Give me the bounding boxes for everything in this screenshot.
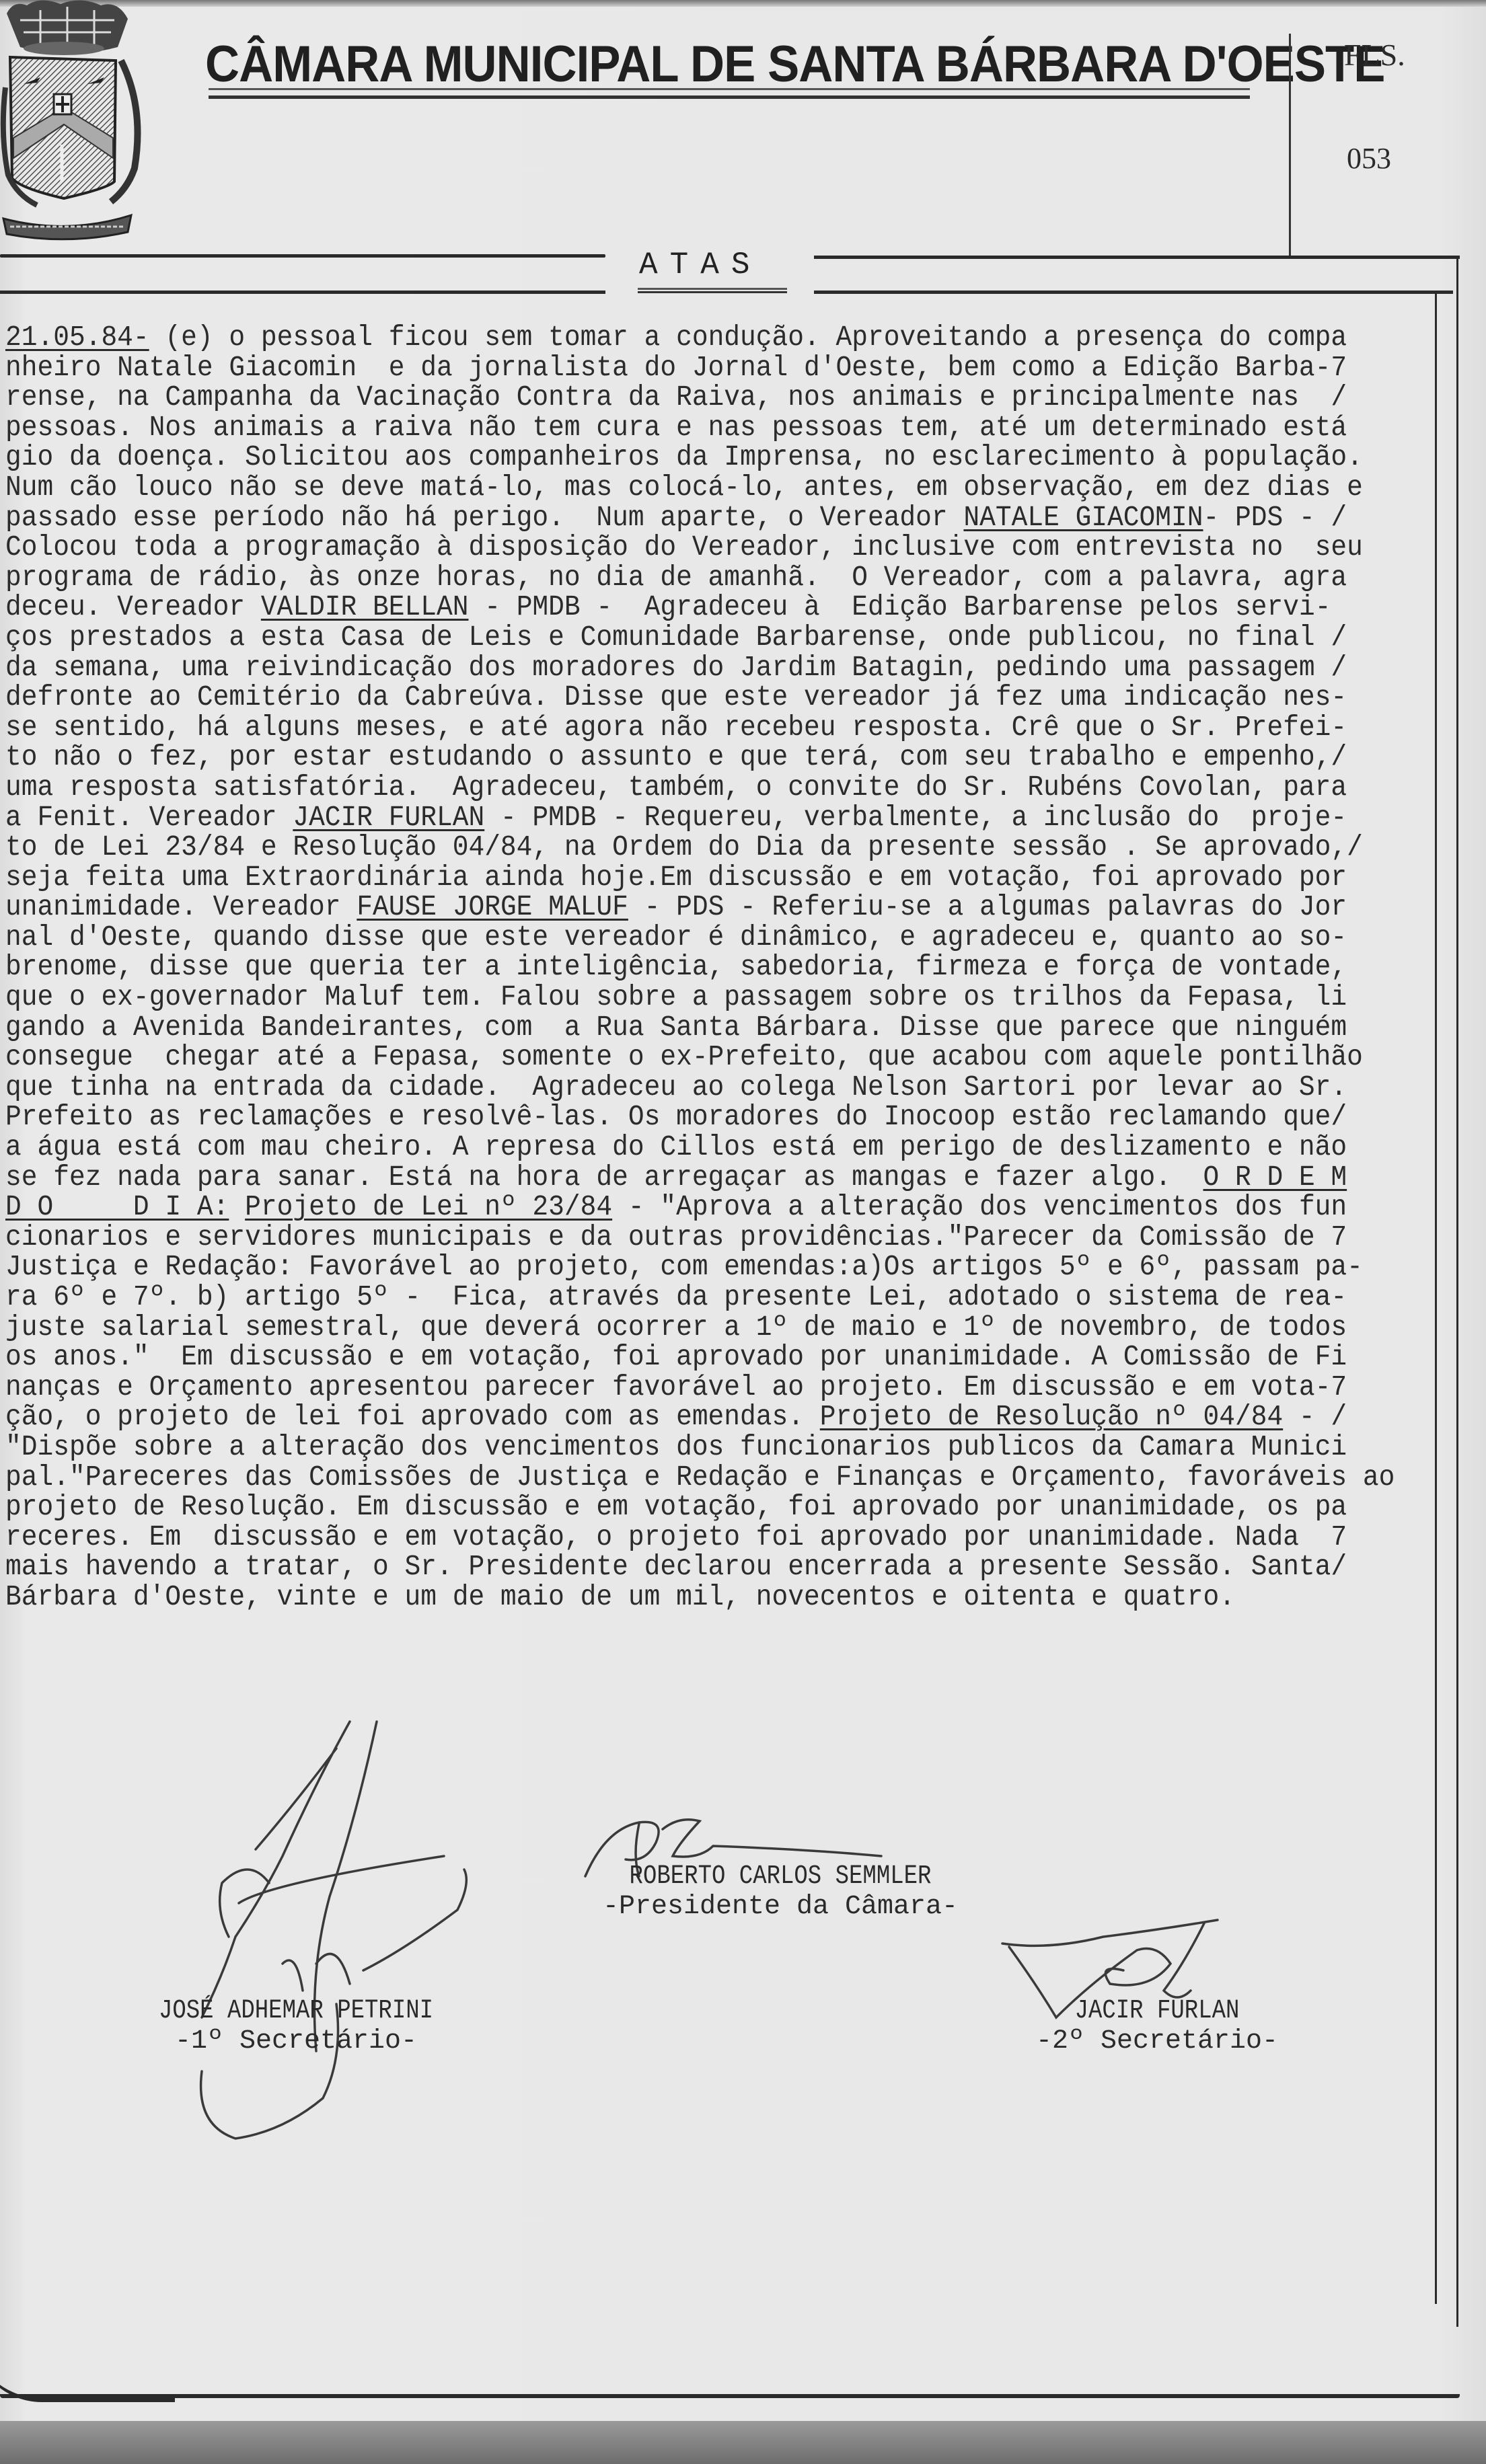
text-line: rense, na Campanha da Vacinação Contra d… — [5, 383, 1324, 413]
text-line: uma resposta satisfatória. Agradeceu, ta… — [5, 773, 1324, 803]
text-line: Justiça e Redação: Favorável ao projeto,… — [5, 1252, 1324, 1282]
text-line: to de Lei 23/84 e Resolução 04/84, na Or… — [5, 833, 1324, 863]
text-line: 21.05.84- (e) o pessoal ficou sem tomar … — [5, 323, 1324, 353]
document-page: CÂMARA MUNICIPAL DE SANTA BÁRBARA D'OEST… — [0, 0, 1486, 2464]
text-line: gio da doença. Solicitou aos companheiro… — [5, 442, 1324, 473]
signature-first-secretary: JOSÉ ADHEMAR PETRINI -1º Secretário- — [108, 1996, 484, 2056]
page-frame — [0, 2394, 1460, 2398]
signatory-name: JOSÉ ADHEMAR PETRINI — [136, 1996, 456, 2026]
text-segment: rense, na Campanha da Vacinação Contra d… — [5, 381, 1347, 414]
signatory-role: -2º Secretário- — [996, 2026, 1318, 2056]
header-rule — [209, 88, 1250, 90]
text-segment: "Dispõe sobre a alteração dos vencimento… — [5, 1430, 1347, 1463]
municipal-coat-of-arms-icon — [0, 0, 155, 242]
text-segment: se sentido, há alguns meses, e até agora… — [5, 711, 1347, 744]
text-segment: gando a Avenida Bandeirantes, com a Rua … — [5, 1011, 1347, 1044]
text-line: nal d'Oeste, quando disse que este verea… — [5, 923, 1324, 953]
underlined-text: VALDIR BELLAN — [261, 590, 469, 623]
text-line: programa de rádio, às onze horas, no dia… — [5, 563, 1324, 593]
text-segment: os anos." Em discussão e em votação, foi… — [5, 1340, 1347, 1373]
text-line: brenome, disse que queria ter a inteligê… — [5, 952, 1324, 983]
text-segment: a Fenit. Vereador — [5, 801, 293, 834]
signatory-name: JACIR FURLAN — [1020, 1996, 1294, 2026]
text-segment: ra 6º e 7º. b) artigo 5º - Fica, através… — [5, 1280, 1347, 1313]
signatory-role: -Presidente da Câmara- — [579, 1892, 982, 1922]
section-rule — [0, 254, 605, 258]
text-line: se fez nada para sanar. Está na hora de … — [5, 1163, 1324, 1193]
text-line: unanimidade. Vereador FAUSE JORGE MALUF … — [5, 892, 1324, 923]
text-segment: pal."Pareceres das Comissões de Justiça … — [5, 1461, 1395, 1494]
text-segment: Num cão louco não se deve matá-lo, mas c… — [5, 471, 1363, 504]
text-segment: - PMDB - Agradeceu à Edição Barbarense p… — [468, 590, 1331, 623]
text-line: os anos." Em discussão e em votação, foi… — [5, 1342, 1324, 1373]
text-line: cionarios e servidores municipais e da o… — [5, 1223, 1324, 1253]
text-line: deceu. Vereador VALDIR BELLAN - PMDB - A… — [5, 592, 1324, 623]
text-segment: que o ex-governador Maluf tem. Falou sob… — [5, 980, 1347, 1013]
text-line: Colocou toda a programação à disposição … — [5, 533, 1324, 563]
folio-label: FLS. — [1344, 37, 1405, 73]
council-name-title: CÂMARA MUNICIPAL DE SANTA BÁRBARA D'OEST… — [205, 35, 1181, 93]
text-line: Prefeito as reclamações e resolvê-las. O… — [5, 1102, 1324, 1132]
text-segment: Bárbara d'Oeste, vinte e um de maio de u… — [5, 1580, 1235, 1613]
text-line: "Dispõe sobre a alteração dos vencimento… — [5, 1432, 1324, 1463]
text-segment: ços prestados a esta Casa de Leis e Comu… — [5, 621, 1347, 654]
text-segment: brenome, disse que queria ter a inteligê… — [5, 950, 1347, 983]
signatory-name: ROBERTO CARLOS SEMMLER — [609, 1861, 952, 1892]
signature-second-secretary: JACIR FURLAN -2º Secretário- — [996, 1996, 1318, 2056]
text-line: ços prestados a esta Casa de Leis e Comu… — [5, 623, 1324, 653]
text-segment: programa de rádio, às onze horas, no dia… — [5, 561, 1347, 594]
text-line: D O D I A: Projeto de Lei nº 23/84 - "Ap… — [5, 1192, 1324, 1223]
text-segment: consegue chegar até a Fepasa, somente o … — [5, 1040, 1363, 1073]
text-segment: unanimidade. Vereador — [5, 890, 357, 923]
text-segment: Justiça e Redação: Favorável ao projeto,… — [5, 1250, 1363, 1283]
underlined-text: NATALE GIACOMIN — [963, 501, 1203, 534]
page-frame — [0, 2334, 175, 2402]
underlined-text: D O D I A: — [5, 1190, 229, 1223]
header-rule — [209, 95, 1250, 99]
text-segment: defronte ao Cemitério da Cabreúva. Disse… — [5, 681, 1347, 714]
text-line: mais havendo a tratar, o Sr. Presidente … — [5, 1552, 1324, 1582]
text-segment: Colocou toda a programação à disposição … — [5, 531, 1363, 564]
folio-number: 053 — [1347, 141, 1391, 176]
text-line: seja feita uma Extraordinária ainda hoje… — [5, 863, 1324, 893]
text-line: to não o fez, por estar estudando o assu… — [5, 742, 1324, 773]
scan-edge-bottom — [0, 2421, 1486, 2464]
text-segment: seja feita uma Extraordinária ainda hoje… — [5, 861, 1347, 894]
underlined-text: Projeto de Lei nº 23/84 — [245, 1190, 612, 1223]
text-line: a Fenit. Vereador JACIR FURLAN - PMDB - … — [5, 803, 1324, 833]
signatory-role: -1º Secretário- — [108, 2026, 484, 2056]
text-segment: cionarios e servidores municipais e da o… — [5, 1221, 1347, 1254]
text-line: pessoas. Nos animais a raiva não tem cur… — [5, 413, 1324, 443]
text-segment — [229, 1190, 245, 1223]
text-segment: que tinha na entrada da cidade. Agradece… — [5, 1071, 1347, 1104]
text-segment: gio da doença. Solicitou aos companheiro… — [5, 440, 1363, 473]
section-title-underline — [638, 288, 787, 293]
text-segment: da semana, uma reivindicação dos morador… — [5, 651, 1347, 684]
text-line: a água está com mau cheiro. A represa do… — [5, 1132, 1324, 1163]
text-segment: - "Aprova a alteração dos vencimentos do… — [612, 1190, 1347, 1223]
text-segment: nheiro Natale Giacomin e da jornalista d… — [5, 351, 1347, 384]
text-line: nheiro Natale Giacomin e da jornalista d… — [5, 353, 1324, 383]
text-line: projeto de Resolução. Em discussão e em … — [5, 1492, 1324, 1523]
text-segment: Prefeito as reclamações e resolvê-las. O… — [5, 1100, 1347, 1133]
text-segment: pessoas. Nos animais a raiva não tem cur… — [5, 411, 1347, 444]
text-segment: nanças e Orçamento apresentou parecer fa… — [5, 1371, 1347, 1403]
text-segment: passado esse período não há perigo. Num … — [5, 501, 963, 534]
text-segment: ção, o projeto de lei foi aprovado com a… — [5, 1400, 820, 1433]
text-line: juste salarial semestral, que deverá oco… — [5, 1313, 1324, 1343]
text-line: que o ex-governador Maluf tem. Falou sob… — [5, 983, 1324, 1013]
underlined-text: Projeto de Resolução nº 04/84 — [820, 1400, 1283, 1433]
text-line: pal."Pareceres das Comissões de Justiça … — [5, 1463, 1324, 1493]
text-line: consegue chegar até a Fepasa, somente o … — [5, 1042, 1324, 1073]
text-segment: mais havendo a tratar, o Sr. Presidente … — [5, 1550, 1347, 1583]
text-segment: a água está com mau cheiro. A represa do… — [5, 1130, 1347, 1163]
minutes-body-text: 21.05.84- (e) o pessoal ficou sem tomar … — [5, 323, 1324, 1613]
text-segment: uma resposta satisfatória. Agradeceu, ta… — [5, 771, 1347, 804]
text-segment: deceu. Vereador — [5, 590, 261, 623]
section-rule — [0, 291, 605, 294]
text-segment: - PMDB - Requereu, verbalmente, a inclus… — [484, 801, 1347, 834]
text-segment: to de Lei 23/84 e Resolução 04/84, na Or… — [5, 831, 1363, 863]
text-segment: juste salarial semestral, que deverá oco… — [5, 1311, 1347, 1344]
text-segment: nal d'Oeste, quando disse que este verea… — [5, 921, 1347, 954]
section-rule — [814, 291, 1453, 294]
text-segment: se fez nada para sanar. Está na hora de … — [5, 1161, 1203, 1194]
text-segment: receres. Em discussão e em votação, o pr… — [5, 1520, 1347, 1553]
text-line: da semana, uma reivindicação dos morador… — [5, 653, 1324, 683]
scan-edge-top — [0, 0, 1486, 7]
text-segment: projeto de Resolução. Em discussão e em … — [5, 1490, 1347, 1523]
page-frame — [1456, 256, 1458, 2327]
section-title: ATAS — [639, 247, 761, 282]
underlined-text: JACIR FURLAN — [293, 801, 484, 834]
text-line: ra 6º e 7º. b) artigo 5º - Fica, através… — [5, 1282, 1324, 1313]
underlined-text: FAUSE JORGE MALUF — [357, 890, 628, 923]
text-line: se sentido, há alguns meses, e até agora… — [5, 713, 1324, 743]
text-line: defronte ao Cemitério da Cabreúva. Disse… — [5, 683, 1324, 713]
text-line: nanças e Orçamento apresentou parecer fa… — [5, 1373, 1324, 1403]
header-divider — [1289, 34, 1291, 256]
underlined-text: 21.05.84- — [5, 321, 149, 354]
page-frame — [1435, 293, 1437, 2304]
text-segment: - PDS - / — [1203, 501, 1347, 534]
text-line: receres. Em discussão e em votação, o pr… — [5, 1523, 1324, 1553]
underlined-text: O R D E M — [1203, 1161, 1347, 1194]
text-line: gando a Avenida Bandeirantes, com a Rua … — [5, 1013, 1324, 1043]
text-segment: - PDS - Referiu-se a algumas palavras do… — [628, 890, 1347, 923]
text-segment: (e) o pessoal ficou sem tomar a condução… — [149, 321, 1347, 354]
section-rule — [814, 256, 1460, 259]
signature-president: ROBERTO CARLOS SEMMLER -Presidente da Câ… — [579, 1861, 982, 1922]
text-segment: - / — [1283, 1400, 1347, 1433]
text-line: Bárbara d'Oeste, vinte e um de maio de u… — [5, 1582, 1324, 1613]
text-segment: to não o fez, por estar estudando o assu… — [5, 740, 1347, 773]
text-line: Num cão louco não se deve matá-lo, mas c… — [5, 473, 1324, 503]
text-line: que tinha na entrada da cidade. Agradece… — [5, 1073, 1324, 1103]
text-line: passado esse período não há perigo. Num … — [5, 503, 1324, 533]
text-line: ção, o projeto de lei foi aprovado com a… — [5, 1402, 1324, 1432]
